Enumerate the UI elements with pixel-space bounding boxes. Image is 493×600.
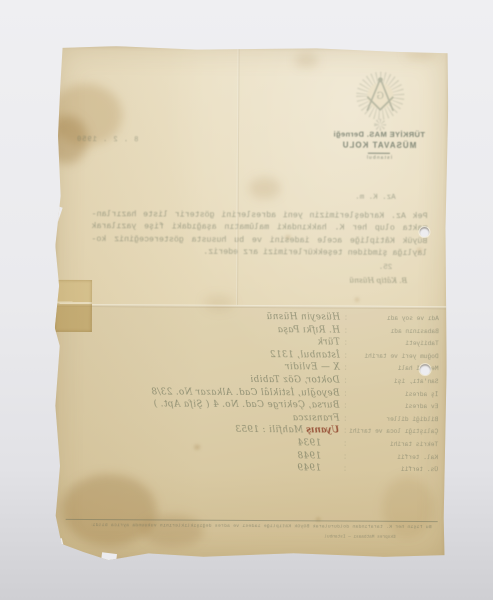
form-row-colon: : <box>344 439 346 452</box>
stain <box>249 177 281 199</box>
stain <box>294 53 318 67</box>
form-row-label: San'atı, işi <box>346 376 438 389</box>
form-row: Çalıştığı loca ve tarihi:UyanışMahfili :… <box>66 423 438 438</box>
membership-form: Adı ve soy adı:Hüseyin Hüsnü Babasının a… <box>66 310 439 476</box>
stain <box>142 514 204 546</box>
form-row-value: 1949 <box>297 462 321 475</box>
form-row-red-annotation: Uyanış <box>306 425 339 438</box>
form-row-value: Hüseyin Hüsnü <box>266 311 340 324</box>
form-row-label: Doğum yeri ve tarihi <box>347 350 439 363</box>
form-row-value: Mahfili : 1953 <box>235 424 303 437</box>
form-row-label: Üs. terfii <box>346 464 438 477</box>
form-row: Adı ve soy adı:Hüseyin Hüsnü <box>67 310 439 325</box>
form-row: Tekris tarihi:1934 <box>66 436 438 451</box>
form-row: Üs. terfii:1949 <box>66 461 438 476</box>
form-row-label: Babasının adı <box>347 325 439 338</box>
letter-body-line: Büyük Kâtipliğe acele iadesini ve bu hus… <box>91 234 427 248</box>
form-row: İş adresi:Beyoğlu, İstiklâl Cad. Alkazar… <box>66 385 438 400</box>
torn-edge-notch <box>101 552 117 564</box>
foxing-spot <box>285 235 290 239</box>
form-row-value: H. Rıfkı Paşa <box>277 324 340 337</box>
form-row-colon: : <box>345 350 347 363</box>
foxing-spot <box>194 445 200 450</box>
punch-hole-top <box>419 227 429 237</box>
document-paper: G TÜRKİYE MAS. Derneği MÜSAVAT KOLU İsta… <box>53 46 448 562</box>
foxing-spot <box>355 298 359 302</box>
form-row-label: İş adresi <box>346 388 438 401</box>
stain <box>382 476 434 538</box>
form-row-colon: : <box>344 388 346 401</box>
photo-background: G TÜRKİYE MAS. Derneği MÜSAVAT KOLU İsta… <box>0 0 493 600</box>
torn-edge-notch <box>46 538 65 554</box>
foxing-spot <box>316 517 321 521</box>
form-row-label: Bildiği diller <box>346 413 438 426</box>
form-row-colon: : <box>344 464 346 477</box>
letter-body-line: Pek Az. Kardeşlerimizin yeni adreslerini… <box>92 209 428 223</box>
form-row-label: Kal. terfii <box>346 451 438 464</box>
footer-note: Bu fişin her K. tarafından doldurularak … <box>92 523 432 530</box>
form-row: Doğum yeri ve tarihi:İstanbul, 1312 <box>67 348 439 363</box>
show-through-content: G TÜRKİYE MAS. Derneği MÜSAVAT KOLU İsta… <box>53 46 448 562</box>
form-row-label: Çalıştığı loca ve tarihi <box>346 426 438 439</box>
form-row: Babasının adı:H. Rıfkı Paşa <box>67 322 439 337</box>
footer-rule <box>66 519 438 522</box>
form-row-colon: : <box>344 413 346 426</box>
form-row-colon: : <box>345 325 347 338</box>
letterhead-org-line1: TÜRKİYE MAS. Derneği <box>320 129 438 139</box>
form-row-value: Fransızca <box>292 412 339 425</box>
form-row-colon: : <box>344 451 346 464</box>
form-row-value: X — Evlidir <box>285 362 340 375</box>
tape-residue <box>54 280 92 332</box>
form-row-value: Doktor, Göz Tabibi <box>250 374 340 387</box>
form-row: Ev adresi:Bursa, Çekirge Cad. No. 4 ( Şi… <box>66 398 438 413</box>
vertical-fold-crease <box>236 47 240 305</box>
letterhead: TÜRKİYE MAS. Derneği MÜSAVAT KOLU İstanb… <box>320 129 438 161</box>
letter-date: 8 . 2 . 1950 <box>76 136 138 144</box>
form-row: San'atı, işi:Doktor, Göz Tabibi <box>66 373 438 388</box>
foxing-spot <box>417 248 421 252</box>
form-row: Medenî hali:X — Evlidir <box>67 360 439 375</box>
form-row-value: 1934 <box>297 437 321 450</box>
horizontal-fold-crease <box>55 304 447 309</box>
form-row-colon: : <box>345 363 347 376</box>
form-row: Kal. terfii:1948 <box>66 448 438 463</box>
letterhead-org-line2: MÜSAVAT KOLU <box>320 140 438 150</box>
form-row: Tabiiyeti:Türk <box>67 335 439 350</box>
form-row-value: Türk <box>317 337 340 350</box>
letter-body-line: laylığa şimdiden teşekkürlerimizi arz ed… <box>91 246 427 260</box>
form-row-colon: : <box>344 426 346 439</box>
stain <box>203 295 235 311</box>
torn-edge-notch <box>48 205 62 222</box>
form-row-value: Bursa, Çekirge Cad. No. 4 ( Şifa Apt. ) <box>153 399 339 413</box>
svg-text:G: G <box>377 92 384 102</box>
fold-lower-shading <box>53 307 447 562</box>
form-row: Bildiği diller:Fransızca <box>66 411 438 426</box>
masonic-square-compasses-emblem-icon: G <box>352 68 408 132</box>
letterhead-org-line3: İstanbul <box>320 155 438 161</box>
form-row-colon: : <box>345 376 347 389</box>
letter-salutation: Az. K. m. <box>355 194 396 202</box>
form-row-colon: : <box>344 401 346 414</box>
stain <box>62 474 157 547</box>
letter-closing-signature: B. Kâtip Hüsnü <box>349 276 407 285</box>
form-row-value: 1948 <box>297 450 321 463</box>
letterhead-rule <box>368 153 390 154</box>
stain <box>50 84 122 146</box>
stain <box>404 48 436 60</box>
form-row-label: Tabiiyeti <box>347 338 439 351</box>
form-row-colon: : <box>345 313 347 326</box>
letter-body-line: makta olup her K. hakkındaki malûmatın a… <box>91 221 427 235</box>
letter-closing-number: 25. <box>379 264 393 272</box>
footer-imprint: Ekspres Matbaası — İstanbul <box>324 534 395 539</box>
stain <box>46 116 88 164</box>
form-row-colon: : <box>345 338 347 351</box>
form-row-value: Beyoğlu, İstiklâl Cad. Alkazar No. 23/8 <box>151 386 340 400</box>
punch-hole-bottom <box>420 364 431 375</box>
form-row-label: Ev adresi <box>346 401 438 414</box>
form-row-value: İstanbul, 1312 <box>270 349 340 362</box>
form-row-label: Adı ve soy adı <box>347 313 439 326</box>
form-row-label: Tekris tarihi <box>346 439 438 452</box>
letter-body: Pek Az. Kardeşlerimizin yeni adreslerini… <box>91 209 427 261</box>
